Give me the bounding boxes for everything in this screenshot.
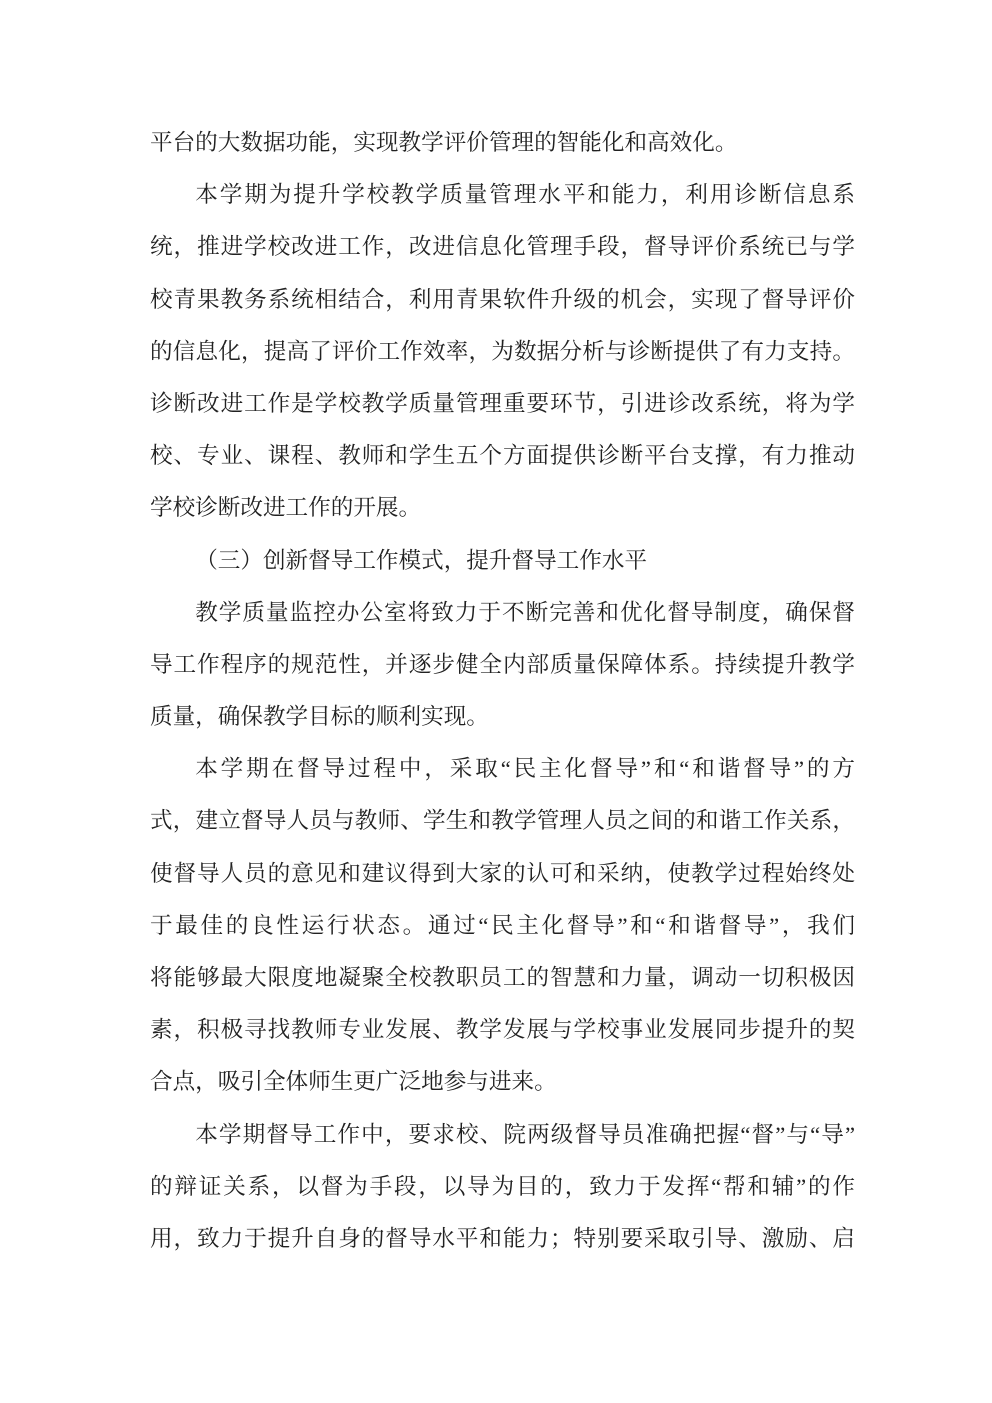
text-line: 本学期在督导过程中，采取“民主化督导”和“和谐督导”的方 bbox=[150, 743, 855, 795]
text-line: 质量，确保教学目标的顺利实现。 bbox=[150, 691, 855, 743]
text-line: 统，推进学校改进工作，改进信息化管理手段，督导评价系统已与学 bbox=[150, 221, 855, 273]
text-line: 教学质量监控办公室将致力于不断完善和优化督导制度，确保督 bbox=[150, 587, 855, 639]
text-line: 平台的大数据功能，实现教学评价管理的智能化和高效化。 bbox=[150, 117, 855, 169]
text-line: 诊断改进工作是学校教学质量管理重要环节，引进诊改系统，将为学 bbox=[150, 378, 855, 430]
text-line: 用，致力于提升自身的督导水平和能力；特别要采取引导、激励、启 bbox=[150, 1213, 855, 1265]
text-line: 本学期督导工作中，要求校、院两级督导员准确把握“督”与“导” bbox=[150, 1109, 855, 1161]
text-line: 校青果教务系统相结合，利用青果软件升级的机会，实现了督导评价 bbox=[150, 274, 855, 326]
text-line: 素，积极寻找教师专业发展、教学发展与学校事业发展同步提升的契 bbox=[150, 1004, 855, 1056]
text-line: 校、专业、课程、教师和学生五个方面提供诊断平台支撑，有力推动 bbox=[150, 430, 855, 482]
text-line: 使督导人员的意见和建议得到大家的认可和采纳，使教学过程始终处 bbox=[150, 848, 855, 900]
text-line: 学校诊断改进工作的开展。 bbox=[150, 482, 855, 534]
text-line: 合点，吸引全体师生更广泛地参与进来。 bbox=[150, 1056, 855, 1108]
text-line: 的辩证关系，以督为手段，以导为目的，致力于发挥“帮和辅”的作 bbox=[150, 1161, 855, 1213]
text-line: 本学期为提升学校教学质量管理水平和能力，利用诊断信息系 bbox=[150, 169, 855, 221]
document-body: 平台的大数据功能，实现教学评价管理的智能化和高效化。 本学期为提升学校教学质量管… bbox=[150, 117, 855, 1265]
document-page: 平台的大数据功能，实现教学评价管理的智能化和高效化。 本学期为提升学校教学质量管… bbox=[0, 0, 992, 1403]
text-line: 的信息化，提高了评价工作效率，为数据分析与诊断提供了有力支持。 bbox=[150, 326, 855, 378]
text-line: 式，建立督导人员与教师、学生和教学管理人员之间的和谐工作关系， bbox=[150, 795, 855, 847]
text-line: 于最佳的良性运行状态。通过“民主化督导”和“和谐督导”，我们 bbox=[150, 900, 855, 952]
text-line: 将能够最大限度地凝聚全校教职员工的智慧和力量，调动一切积极因 bbox=[150, 952, 855, 1004]
text-line: 导工作程序的规范性，并逐步健全内部质量保障体系。持续提升教学 bbox=[150, 639, 855, 691]
section-heading: （三）创新督导工作模式，提升督导工作水平 bbox=[150, 535, 855, 587]
